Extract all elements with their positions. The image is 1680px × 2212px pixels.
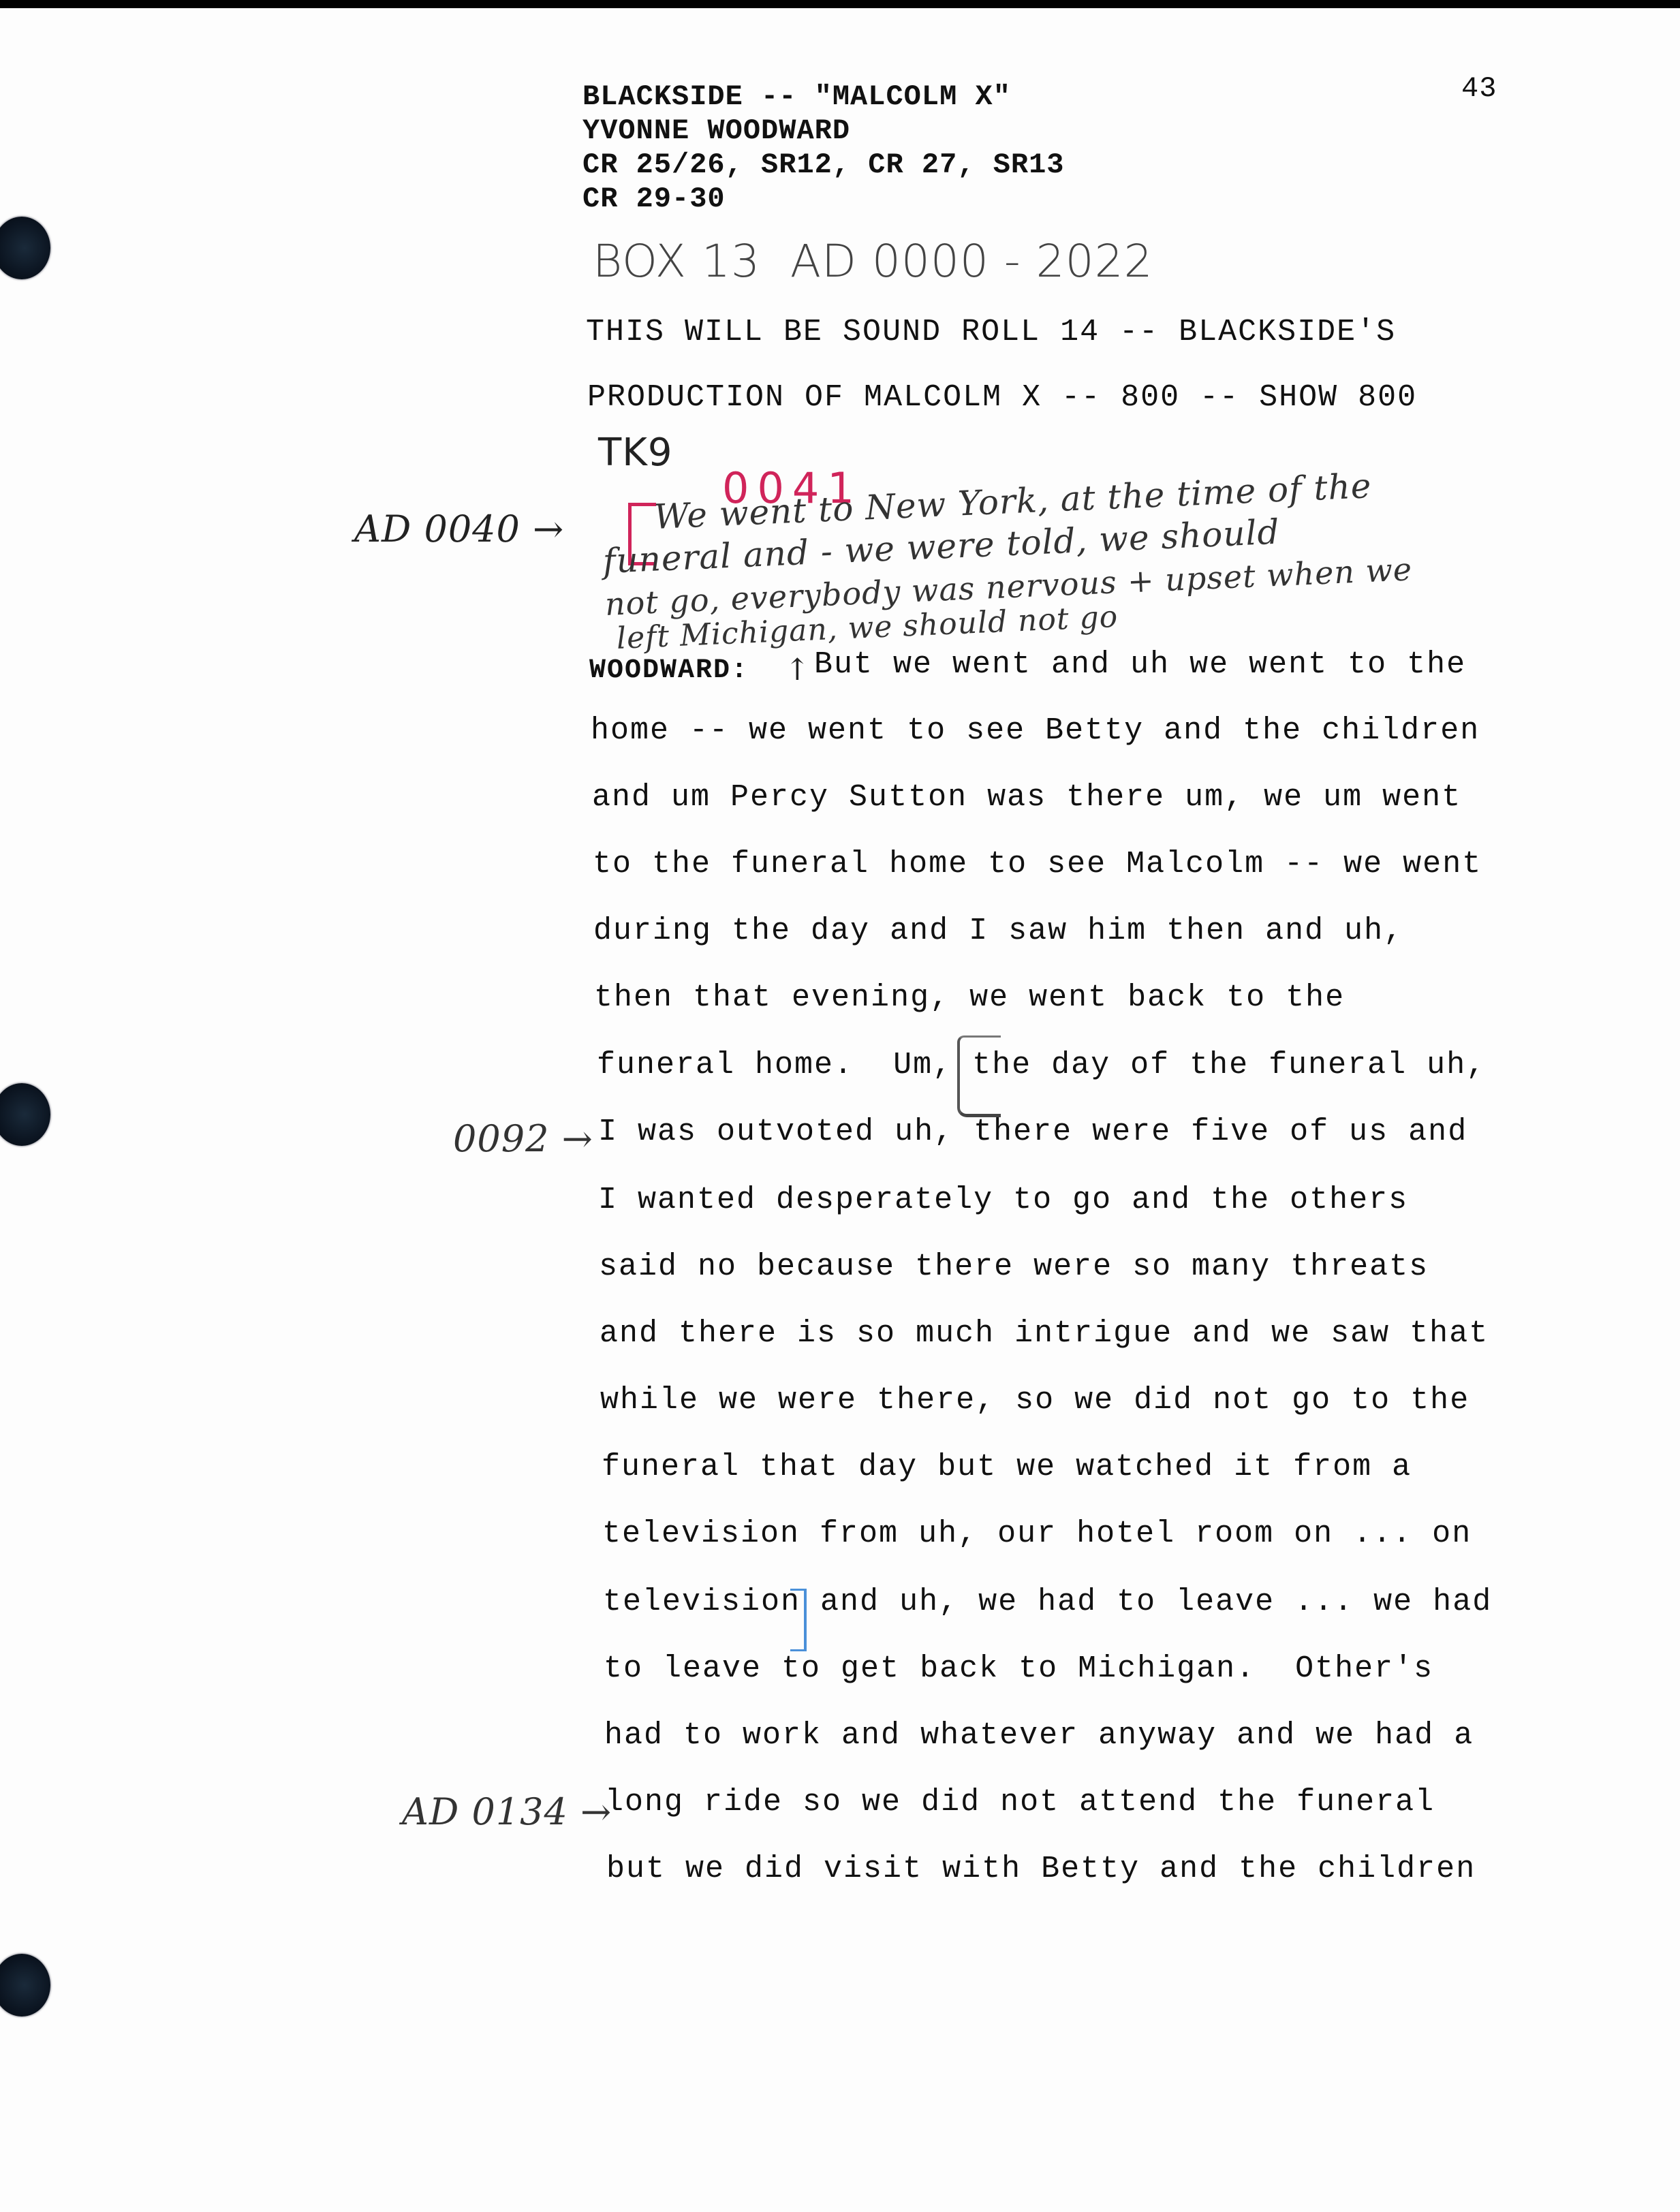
transcript-line: during the day and I saw him then and uh… — [593, 914, 1403, 948]
transcript-line: funeral home. Um, the day of the funeral… — [597, 1048, 1486, 1082]
speaker-label: WOODWARD: — [589, 655, 749, 686]
slate-line-2: PRODUCTION OF MALCOLM X -- 800 -- SHOW 8… — [587, 380, 1417, 415]
transcript-line: home -- we went to see Betty and the chi… — [591, 713, 1480, 748]
slate-line-1: THIS WILL BE SOUND ROLL 14 -- BLACKSIDE'… — [586, 315, 1396, 349]
handwritten-box-note: BOX 13 AD 0000 - 2022 — [593, 235, 1153, 287]
pencil-bracket — [957, 1035, 1001, 1117]
roll-numbers-line1: CR 25/26, SR12, CR 27, SR13 — [582, 149, 1065, 181]
handwritten-marker-ad0134: AD 0134 → — [402, 1790, 612, 1833]
transcript-line: had to work and whatever anyway and we h… — [604, 1718, 1474, 1753]
transcript-line: while we were there, so we did not go to… — [600, 1383, 1469, 1418]
interviewee-name: YVONNE WOODWARD — [582, 114, 850, 147]
binder-hole-middle — [0, 1083, 50, 1146]
transcript-line: television from uh, our hotel room on ..… — [602, 1516, 1472, 1551]
binder-hole-bottom — [0, 1954, 50, 2016]
transcript-line: I wanted desperately to go and the other… — [598, 1183, 1408, 1217]
transcript-line: then that evening, we went back to the — [594, 980, 1345, 1015]
binder-hole-top — [0, 217, 50, 279]
scan-top-border — [0, 0, 1680, 8]
roll-numbers-line2: CR 29-30 — [582, 183, 726, 215]
page-number: 43 — [1461, 72, 1497, 105]
transcript-line: and um Percy Sutton was there um, we um … — [592, 780, 1461, 815]
blue-pencil-bracket — [790, 1589, 807, 1651]
transcript-line: and there is so much intrigue and we saw… — [600, 1316, 1489, 1351]
transcript-line: funeral that day but we watched it from … — [602, 1450, 1412, 1484]
transcript-line: long ride so we did not attend the funer… — [605, 1785, 1435, 1820]
handwritten-take: TK9 — [598, 431, 673, 475]
transcript-line: but we did visit with Betty and the chil… — [606, 1852, 1476, 1886]
insert-caret: ↑ — [785, 653, 811, 687]
document-title: BLACKSIDE -- "MALCOLM X" — [582, 80, 1011, 113]
transcript-line: I was outvoted uh, there were five of us… — [598, 1115, 1467, 1149]
handwritten-marker-0092: 0092 → — [453, 1117, 593, 1160]
handwritten-marker-ad0040: AD 0040 → — [354, 508, 564, 550]
transcript-line: But we went and uh we went to the — [814, 647, 1466, 682]
transcript-line: to the funeral home to see Malcolm -- we… — [593, 847, 1482, 882]
transcript-line: said no because there were so many threa… — [599, 1249, 1429, 1284]
transcript-line: television and uh, we had to leave ... w… — [603, 1585, 1492, 1619]
transcript-line: to leave to get back to Michigan. Other'… — [604, 1651, 1433, 1686]
